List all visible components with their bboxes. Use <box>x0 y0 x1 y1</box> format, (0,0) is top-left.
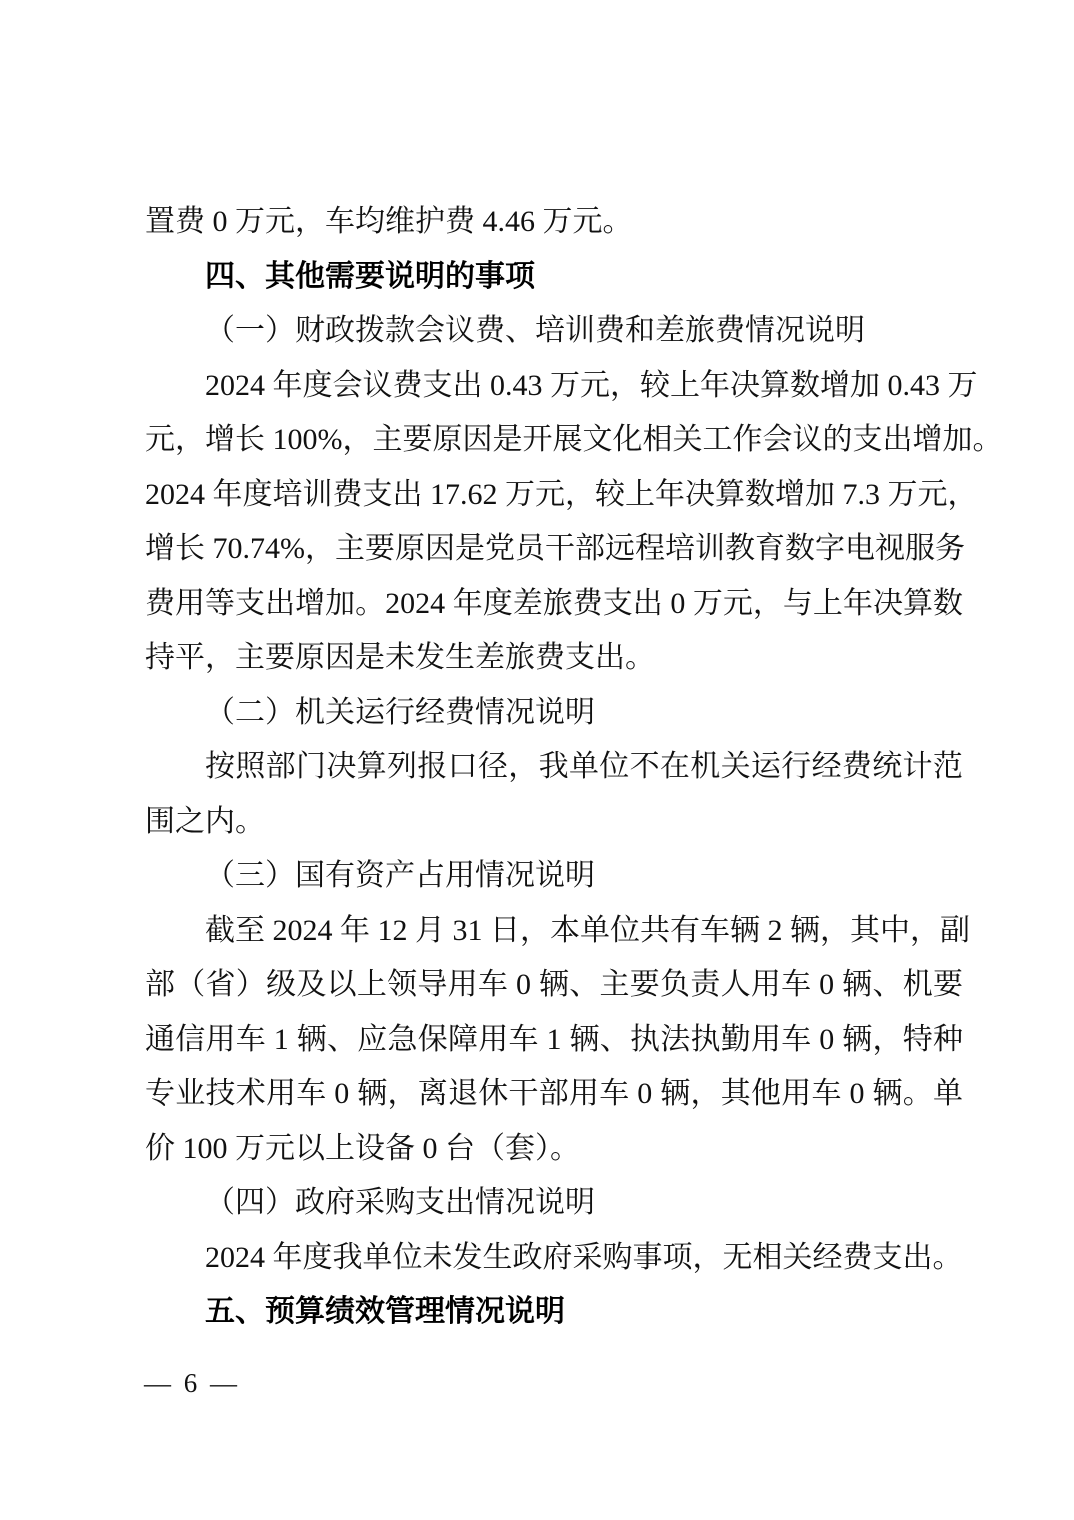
section-heading-line: 五、预算绩效管理情况说明 <box>145 1285 963 1340</box>
body-text-line: 2024 年度会议费支出 0.43 万元，较上年决算数增加 0.43 万 <box>145 359 963 414</box>
body-text-line: 增长 70.74%，主要原因是党员干部远程培训教育数字电视服务 <box>145 522 963 577</box>
body-text-line: 围之内。 <box>145 795 963 850</box>
body-text-line: 价 100 万元以上设备 0 台（套）。 <box>145 1122 963 1177</box>
subsection-heading-line: （一）财政拨款会议费、培训费和差旅费情况说明 <box>145 304 963 359</box>
body-text-line: 通信用车 1 辆、应急保障用车 1 辆、执法执勤用车 0 辆，特种 <box>145 1013 963 1068</box>
body-text-line: 2024 年度培训费支出 17.62 万元，较上年决算数增加 7.3 万元， <box>145 468 963 523</box>
body-text-line: 部（省）级及以上领导用车 0 辆、主要负责人用车 0 辆、机要 <box>145 958 963 1013</box>
body-text-line: 2024 年度我单位未发生政府采购事项，无相关经费支出。 <box>145 1231 963 1286</box>
subsection-heading-line: （三）国有资产占用情况说明 <box>145 849 963 904</box>
subsection-heading-line: （四）政府采购支出情况说明 <box>145 1176 963 1231</box>
subsection-heading-line: （二）机关运行经费情况说明 <box>145 686 963 741</box>
page-number: — 6 — <box>144 1366 240 1400</box>
document-page: 置费 0 万元，车均维护费 4.46 万元。四、其他需要说明的事项（一）财政拨款… <box>0 0 1074 1520</box>
body-text-line: 持平，主要原因是未发生差旅费支出。 <box>145 631 963 686</box>
body-text-line: 专业技术用车 0 辆，离退休干部用车 0 辆，其他用车 0 辆。单 <box>145 1067 963 1122</box>
body-text-line: 费用等支出增加。2024 年度差旅费支出 0 万元，与上年决算数 <box>145 577 963 632</box>
body-text-line: 置费 0 万元，车均维护费 4.46 万元。 <box>145 195 963 250</box>
section-heading-line: 四、其他需要说明的事项 <box>145 250 963 305</box>
body-text-line: 按照部门决算列报口径，我单位不在机关运行经费统计范 <box>145 740 963 795</box>
body-text-line: 截至 2024 年 12 月 31 日，本单位共有车辆 2 辆，其中，副 <box>145 904 963 959</box>
document-body: 置费 0 万元，车均维护费 4.46 万元。四、其他需要说明的事项（一）财政拨款… <box>145 195 963 1340</box>
body-text-line: 元，增长 100%，主要原因是开展文化相关工作会议的支出增加。 <box>145 413 963 468</box>
